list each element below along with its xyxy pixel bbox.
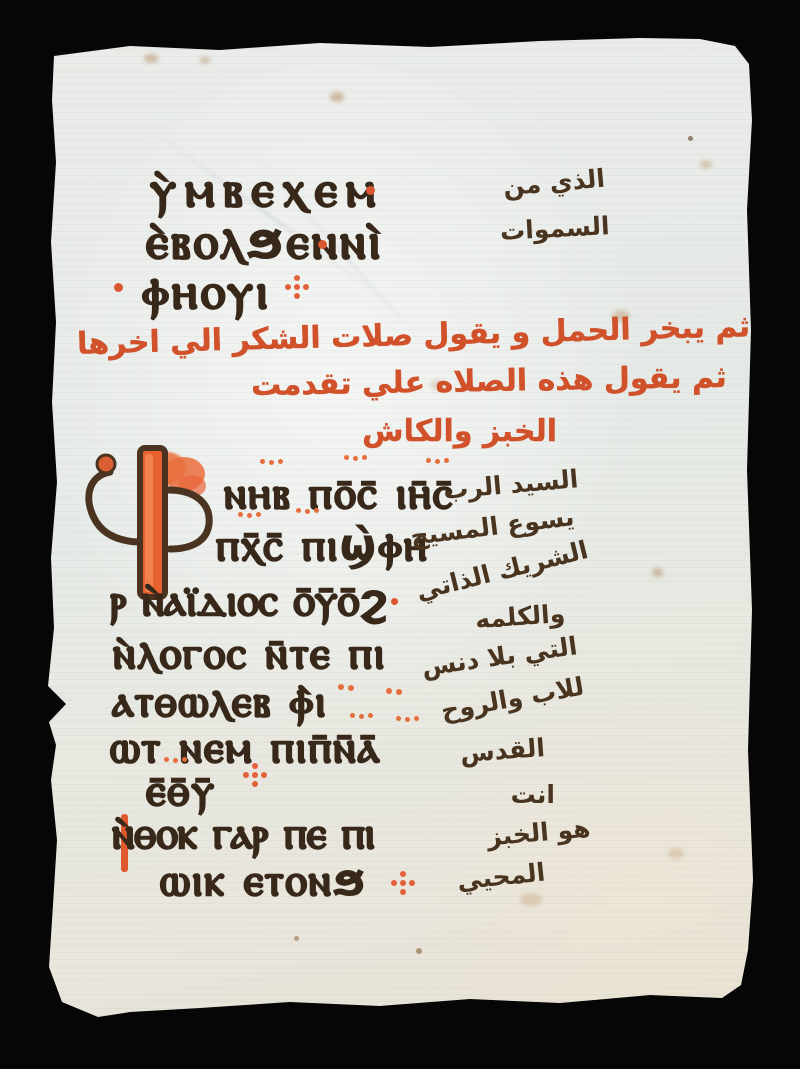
manuscript-leaf: ⲩ̀ⲙⲃⲉⲭⲉⲙ ⲉ̀ⲃⲟⲗϧⲉⲛⲛⲓ̀ ⲫⲏⲟⲩⲓ الذي من السمو…: [0, 0, 800, 1069]
overline-dots: [164, 757, 169, 762]
ornament-dots: [400, 880, 406, 886]
stain: [668, 848, 684, 859]
coptic-text-line: ⲡⲭ̄ⲥ̄ ⲡⲓϣ̀ⲫⲏ: [216, 520, 428, 571]
overline-dots: [338, 684, 344, 690]
coptic-text-line: ⲱⲓⲕ ⲉⲧⲟⲛϧ: [160, 855, 368, 906]
red-ink-dot: [366, 186, 375, 195]
photo-black-backdrop: ⲩ̀ⲙⲃⲉⲭⲉⲙ ⲉ̀ⲃⲟⲗϧⲉⲛⲛⲓ̀ ⲫⲏⲟⲩⲓ الذي من السمو…: [0, 0, 800, 1069]
stain: [520, 893, 542, 906]
coptic-text-line: ⲩ̀ⲙⲃⲉⲭⲉⲙ: [150, 160, 384, 219]
arabic-gloss-line: القدس: [459, 733, 546, 768]
coptic-text-line: ⲣ ⲛ̀ⲁⲓ̈ⲇⲓⲟⲥ ⲟ̄ⲩ̄ⲟ̄ϩ: [110, 575, 388, 626]
arabic-gloss-line: السموات: [500, 211, 611, 246]
coptic-text-line: ⲛ̀ⲗⲟⲅⲟⲥ ⲛ̄ⲧⲉ ⲡⲓ: [113, 628, 386, 679]
overline-dots: [350, 713, 355, 718]
red-ink-dot: [391, 598, 398, 605]
coptic-text-line: ⲫⲏⲟⲩⲓ: [142, 262, 271, 321]
stain: [200, 57, 210, 64]
red-ink-dot: [318, 240, 327, 249]
stain: [700, 160, 712, 169]
overline-dots: [396, 716, 401, 721]
overline-dots: [296, 508, 301, 513]
coptic-text-line: ⲁⲧⲑⲱⲗⲉⲃ ⲫ̀ⲓ: [112, 676, 328, 727]
overline-dots: [386, 688, 392, 694]
overline-dots: [238, 512, 243, 517]
stain: [756, 738, 762, 744]
rubric-line: الخبز والكاش: [362, 414, 557, 449]
stain: [294, 936, 299, 941]
red-ink-dot: [114, 283, 123, 292]
overline-dots: [260, 459, 265, 464]
coptic-text-line: ⲛⲏⲃ ⲡⲟ̄ⲥ̄ ⲓⲏ̄ⲥ̄: [224, 468, 454, 519]
ornament-dots: [294, 284, 300, 290]
overline-dots: [426, 458, 431, 463]
arabic-gloss-line: انت: [511, 780, 555, 809]
stain: [416, 948, 422, 954]
stain: [144, 54, 158, 63]
stain: [330, 92, 344, 102]
stain: [652, 568, 663, 577]
coptic-text-line: ⲛ̀ⲑⲟⲕ ⲅⲁⲣ ⲡⲉ ⲡⲓ: [112, 808, 375, 859]
ornament-dots: [252, 772, 258, 778]
stain: [688, 136, 693, 141]
overline-dots: [344, 455, 349, 460]
